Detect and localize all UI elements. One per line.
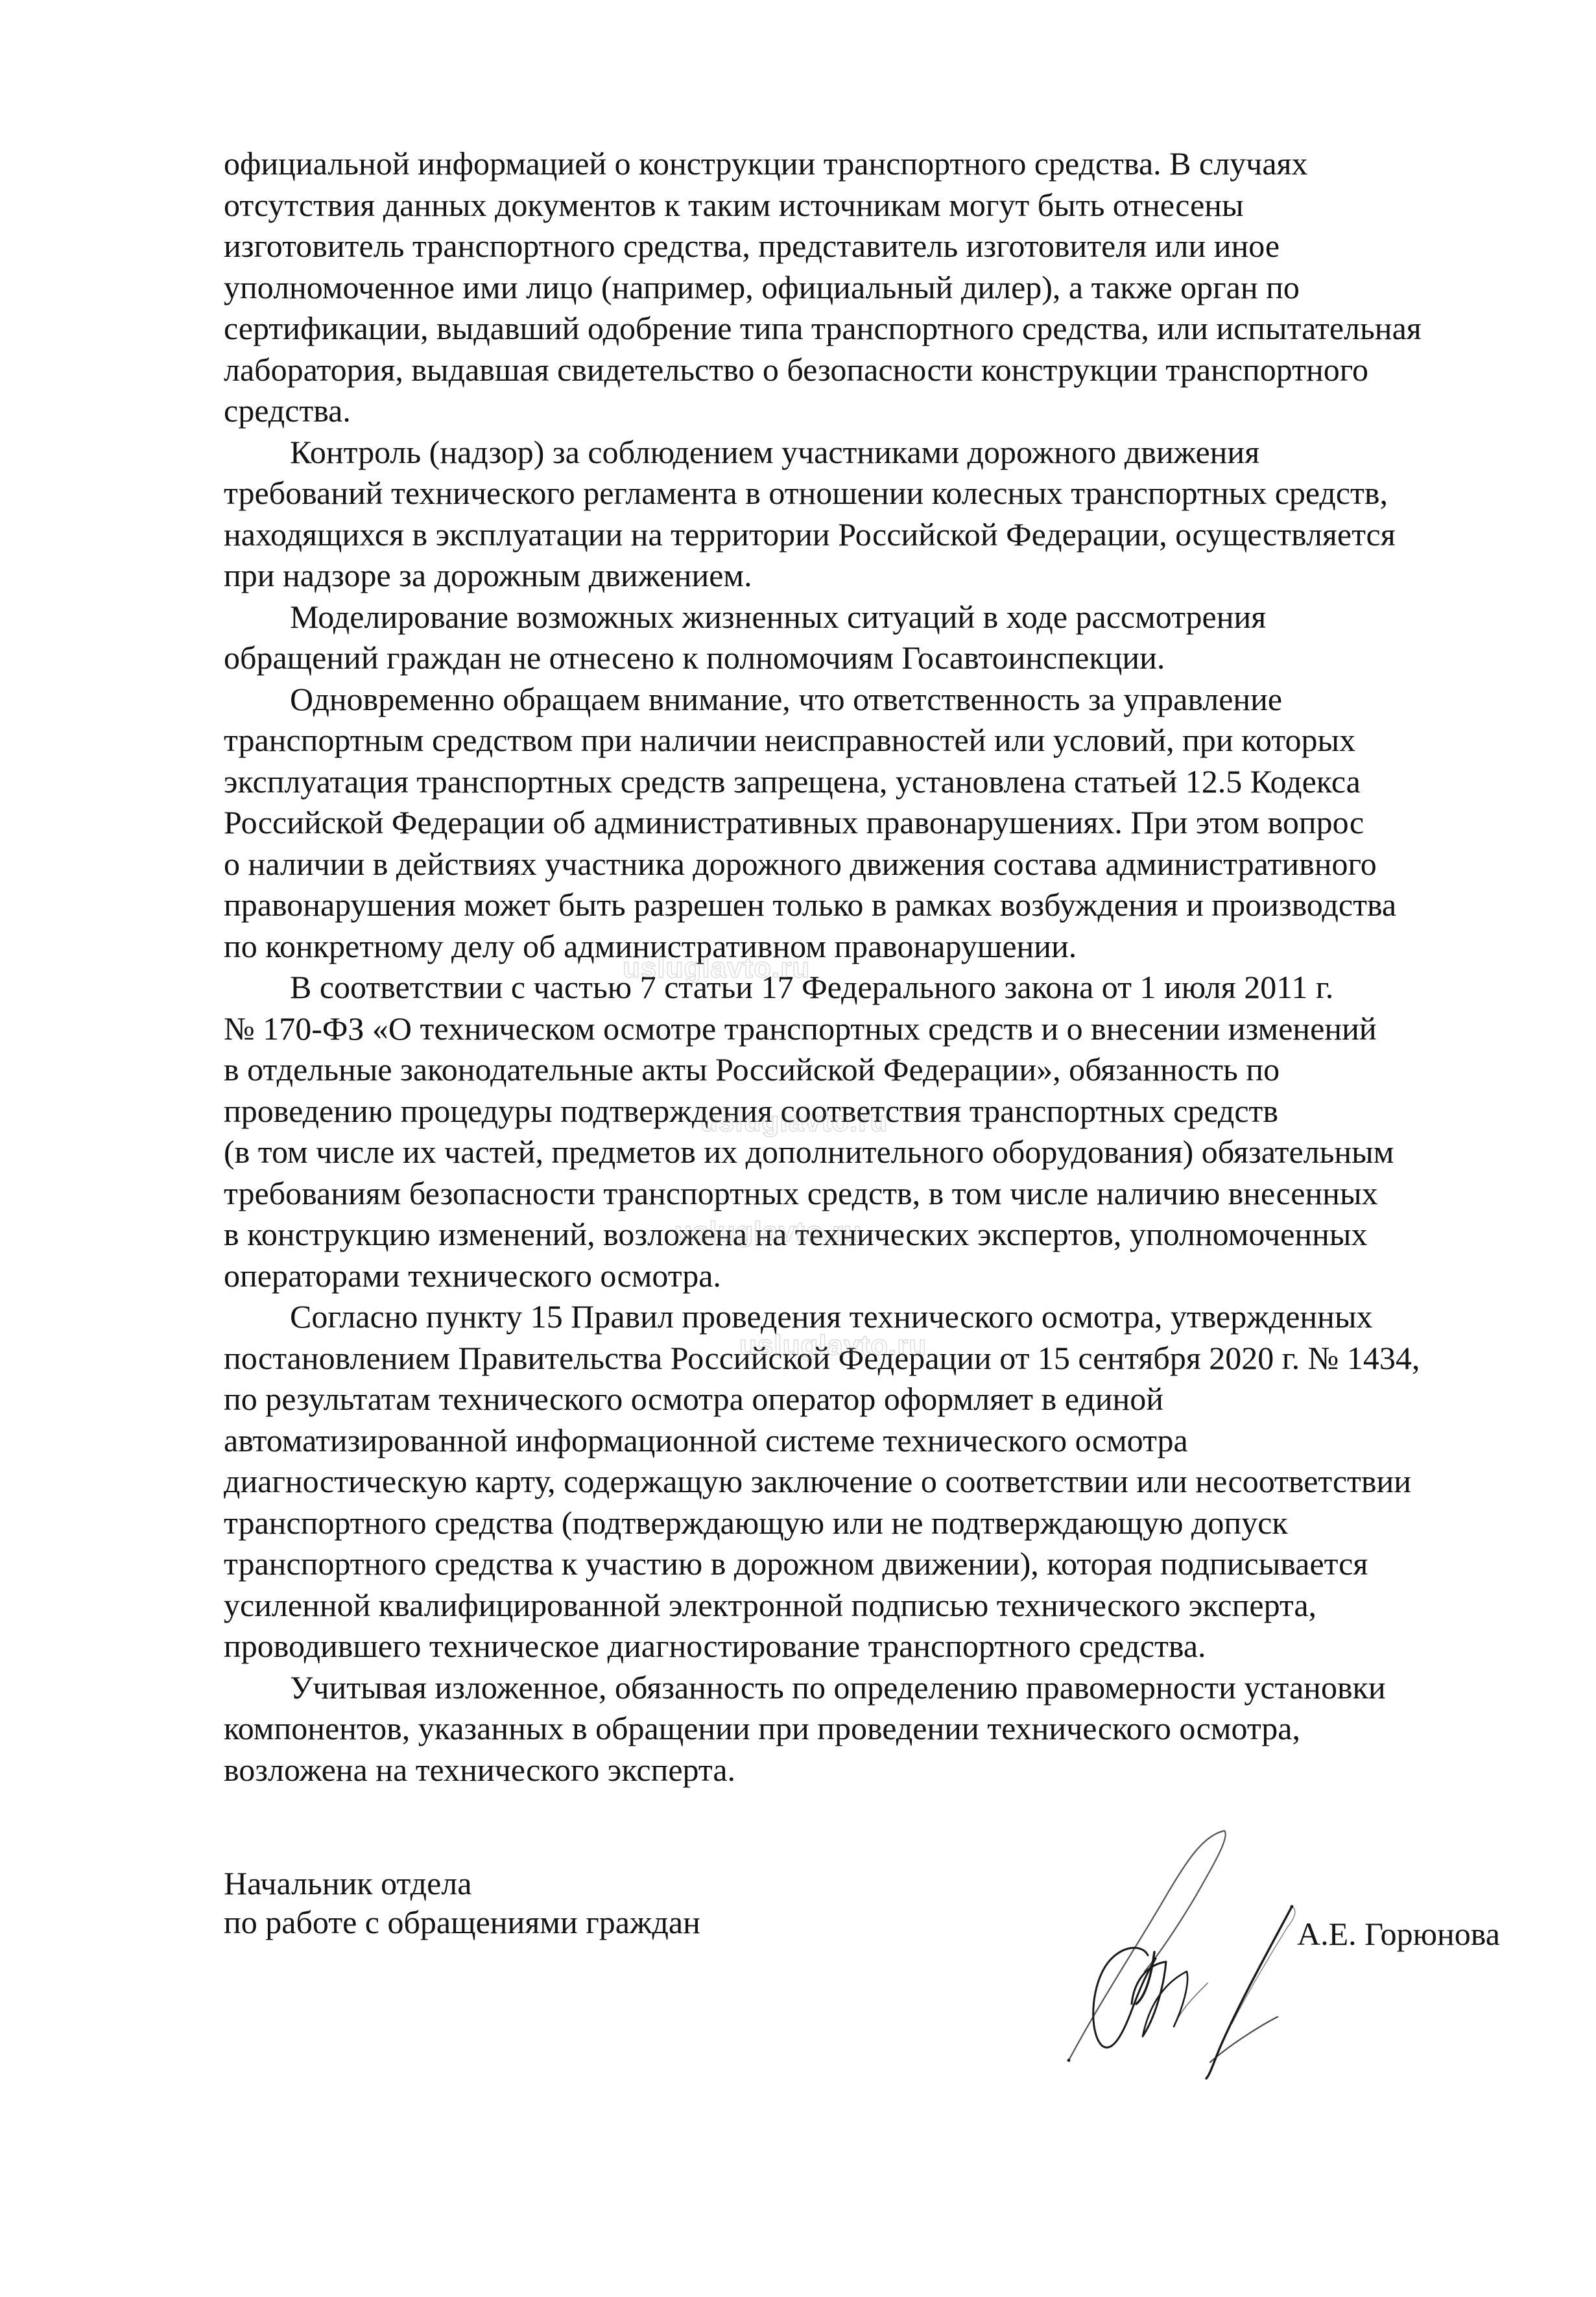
text-line: автоматизированной информационной систем… <box>224 1420 1529 1462</box>
text-line: компонентов, указанных в обращении при п… <box>224 1708 1529 1750</box>
text-line: о наличии в действиях участника дорожног… <box>224 844 1529 885</box>
text-line: изготовитель транспортного средства, пре… <box>224 226 1529 267</box>
text-line: В соответствии с частью 7 статьи 17 Феде… <box>224 967 1529 1008</box>
text-line: Контроль (надзор) за соблюдением участни… <box>224 432 1529 473</box>
text-line: (в том числе их частей, предметов их доп… <box>224 1132 1529 1173</box>
text-line: по конкретному делу об административном … <box>224 926 1529 968</box>
text-line: в отдельные законодательные акты Российс… <box>224 1049 1529 1091</box>
text-line: постановлением Правительства Российской … <box>224 1338 1529 1379</box>
text-line: Учитывая изложенное, обязанность по опре… <box>224 1667 1529 1709</box>
signer-position-line-2: по работе с обращениями граждан <box>224 1903 700 1942</box>
text-line: уполномоченное ими лицо (например, офици… <box>224 267 1529 309</box>
text-line: официальной информацией о конструкции тр… <box>224 143 1529 185</box>
text-line: обращений граждан не отнесено к полномоч… <box>224 637 1529 679</box>
document-page: официальной информацией о конструкции тр… <box>0 0 1596 2297</box>
letter-body: официальной информацией о конструкции тр… <box>224 143 1529 1791</box>
text-line: правонарушения может быть разрешен тольк… <box>224 885 1529 926</box>
text-line: средства. <box>224 390 1529 432</box>
paragraph: Контроль (надзор) за соблюдением участни… <box>224 432 1529 597</box>
paragraph: Моделирование возможных жизненных ситуац… <box>224 597 1529 679</box>
paragraph: Согласно пункту 15 Правил проведения тех… <box>224 1296 1529 1667</box>
text-line: Согласно пункту 15 Правил проведения тех… <box>224 1296 1529 1338</box>
text-line: Моделирование возможных жизненных ситуац… <box>224 597 1529 638</box>
text-line: требованиям безопасности транспортных ср… <box>224 1173 1529 1215</box>
handwritten-signature-icon <box>1057 1816 1304 2088</box>
signer-position: Начальник отдела по работе с обращениями… <box>224 1864 700 1942</box>
text-line: в конструкцию изменений, возложена на те… <box>224 1214 1529 1256</box>
text-line: Российской Федерации об административных… <box>224 802 1529 844</box>
text-line: эксплуатация транспортных средств запрещ… <box>224 761 1529 803</box>
text-line: требований технического регламента в отн… <box>224 473 1529 514</box>
text-line: транспортным средством при наличии неисп… <box>224 720 1529 761</box>
text-line: при надзоре за дорожным движением. <box>224 555 1529 597</box>
signer-position-line-1: Начальник отдела <box>224 1864 700 1903</box>
text-line: Одновременно обращаем внимание, что отве… <box>224 679 1529 720</box>
text-line: проведению процедуры подтверждения соотв… <box>224 1091 1529 1132</box>
text-line: сертификации, выдавший одобрение типа тр… <box>224 308 1529 350</box>
text-line: находящихся в эксплуатации на территории… <box>224 514 1529 556</box>
signer-name: А.Е. Горюнова <box>1297 1914 1500 1953</box>
text-line: отсутствия данных документов к таким ист… <box>224 185 1529 226</box>
text-line: по результатам технического осмотра опер… <box>224 1379 1529 1420</box>
paragraph: В соответствии с частью 7 статьи 17 Феде… <box>224 967 1529 1296</box>
text-line: транспортного средства к участию в дорож… <box>224 1543 1529 1585</box>
text-line: транспортного средства (подтверждающую и… <box>224 1503 1529 1544</box>
paragraph: официальной информацией о конструкции тр… <box>224 143 1529 432</box>
text-line: лаборатория, выдавшая свидетельство о бе… <box>224 350 1529 391</box>
text-line: проводившего техническое диагностировани… <box>224 1626 1529 1667</box>
text-line: возложена на технического эксперта. <box>224 1750 1529 1791</box>
paragraph: Одновременно обращаем внимание, что отве… <box>224 679 1529 968</box>
text-line: диагностическую карту, содержащую заключ… <box>224 1461 1529 1503</box>
paragraph: Учитывая изложенное, обязанность по опре… <box>224 1667 1529 1791</box>
text-line: усиленной квалифицированной электронной … <box>224 1585 1529 1626</box>
text-line: № 170-ФЗ «О техническом осмотре транспор… <box>224 1008 1529 1050</box>
text-line: операторами технического осмотра. <box>224 1256 1529 1297</box>
